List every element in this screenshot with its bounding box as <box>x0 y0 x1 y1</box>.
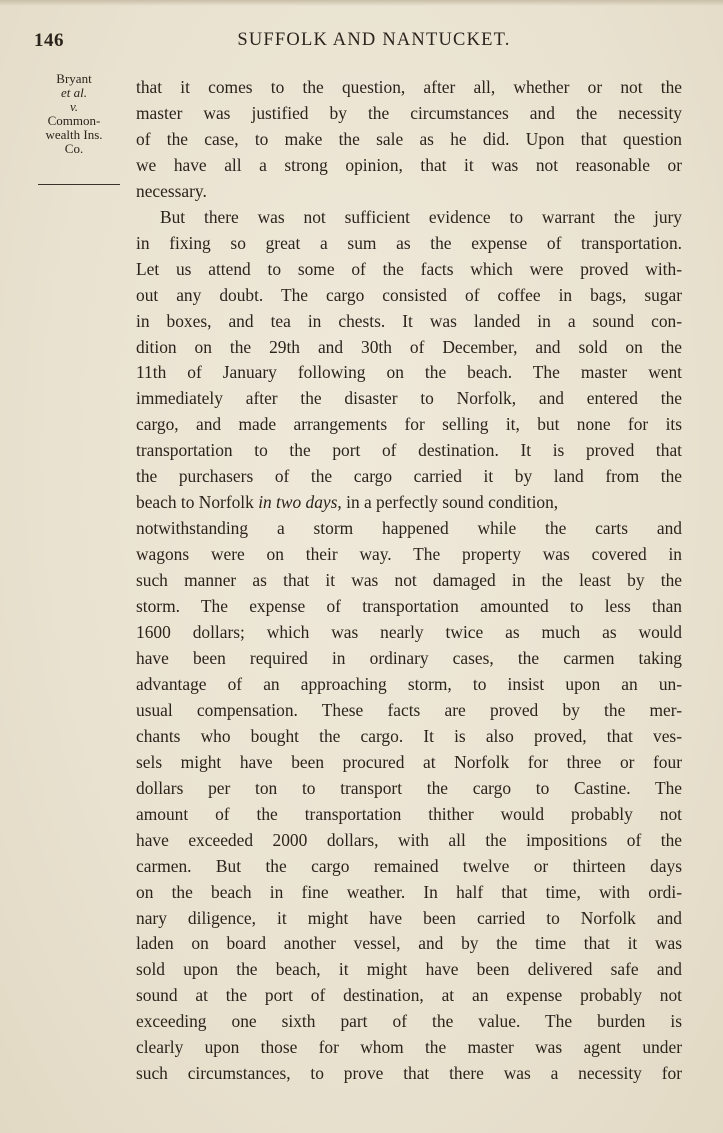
text-line: dition on the 29th and 30th of December,… <box>136 335 682 361</box>
text-line: immediately after the disaster to Norfol… <box>136 386 682 412</box>
book-page: 146 SUFFOLK AND NANTUCKET. Bryant et al.… <box>0 0 723 1133</box>
sidenote-line: Bryant <box>26 72 122 86</box>
running-head: SUFFOLK AND NANTUCKET. <box>34 30 684 51</box>
text-line: the purchasers of the cargo carried it b… <box>136 464 682 490</box>
text-line: that it comes to the question, after all… <box>136 75 682 101</box>
text-line: we have all a strong opinion, that it wa… <box>136 153 682 179</box>
text-line: sound at the port of destination, at an … <box>136 983 682 1009</box>
text-line: laden on board another vessel, and by th… <box>136 931 682 957</box>
text-line: master was justified by the circumstance… <box>136 101 682 127</box>
text-line: amount of the transportation thither wou… <box>136 802 682 828</box>
text-line: dollars per ton to transport the cargo t… <box>136 776 682 802</box>
text-line: sels might have been procured at Norfolk… <box>136 750 682 776</box>
text-line: in fixing so great a sum as the expense … <box>136 231 682 257</box>
sidenote-line: Common- <box>26 114 122 128</box>
text-line: Let us attend to some of the facts which… <box>136 257 682 283</box>
paragraph-1: that it comes to the question, after all… <box>136 75 682 205</box>
text-line-mixed: beach to Norfolk in two days, in a perfe… <box>136 490 682 516</box>
text-line: notwithstanding a storm happened while t… <box>136 516 682 542</box>
case-sidenote: Bryant et al. v. Common- wealth Ins. Co. <box>26 72 122 156</box>
text-line: such manner as that it was not damaged i… <box>136 568 682 594</box>
text-line: sold upon the beach, it might have been … <box>136 957 682 983</box>
text-line: such circumstances, to prove that there … <box>136 1061 682 1087</box>
text-line: out any doubt. The cargo consisted of co… <box>136 283 682 309</box>
text-run: beach to Norfolk <box>136 492 258 512</box>
sidenote-line: Co. <box>26 142 122 156</box>
text-line: on the beach in fine weather. In half th… <box>136 880 682 906</box>
text-line: cargo, and made arrangements for selling… <box>136 412 682 438</box>
text-line: advantage of an approaching storm, to in… <box>136 672 682 698</box>
text-line: exceeding one sixth part of the value. T… <box>136 1009 682 1035</box>
text-run: , in a perfectly sound condition, <box>337 492 558 512</box>
text-line: usual compensation. These facts are prov… <box>136 698 682 724</box>
text-line: 1600 dollars; which was nearly twice as … <box>136 620 682 646</box>
text-line: carmen. But the cargo remained twelve or… <box>136 854 682 880</box>
sidenote-rule <box>38 184 120 185</box>
text-line: have been required in ordinary cases, th… <box>136 646 682 672</box>
page-top-edge <box>0 0 723 6</box>
text-line: have exceeded 2000 dollars, with all the… <box>136 828 682 854</box>
text-line: in boxes, and tea in chests. It was land… <box>136 309 682 335</box>
paragraph-2: But there was not sufficient evidence to… <box>136 205 682 1087</box>
text-line: clearly upon those for whom the master w… <box>136 1035 682 1061</box>
text-line: 11th of January following on the beach. … <box>136 360 682 386</box>
text-line: nary diligence, it might have been carri… <box>136 906 682 932</box>
sidenote-line: v. <box>26 100 122 114</box>
text-line: wagons were on their way. The property w… <box>136 542 682 568</box>
text-line: chants who bought the cargo. It is also … <box>136 724 682 750</box>
sidenote-line: wealth Ins. <box>26 128 122 142</box>
text-line: storm. The expense of transportation amo… <box>136 594 682 620</box>
text-line: of the case, to make the sale as he did.… <box>136 127 682 153</box>
text-line: necessary. <box>136 179 682 205</box>
text-line: transportation to the port of destinatio… <box>136 438 682 464</box>
page-header: 146 SUFFOLK AND NANTUCKET. <box>34 30 684 60</box>
italic-text-run: in two days <box>258 492 337 512</box>
sidenote-line: et al. <box>26 86 122 100</box>
text-line: But there was not sufficient evidence to… <box>136 205 682 231</box>
body-text: that it comes to the question, after all… <box>136 75 682 1087</box>
